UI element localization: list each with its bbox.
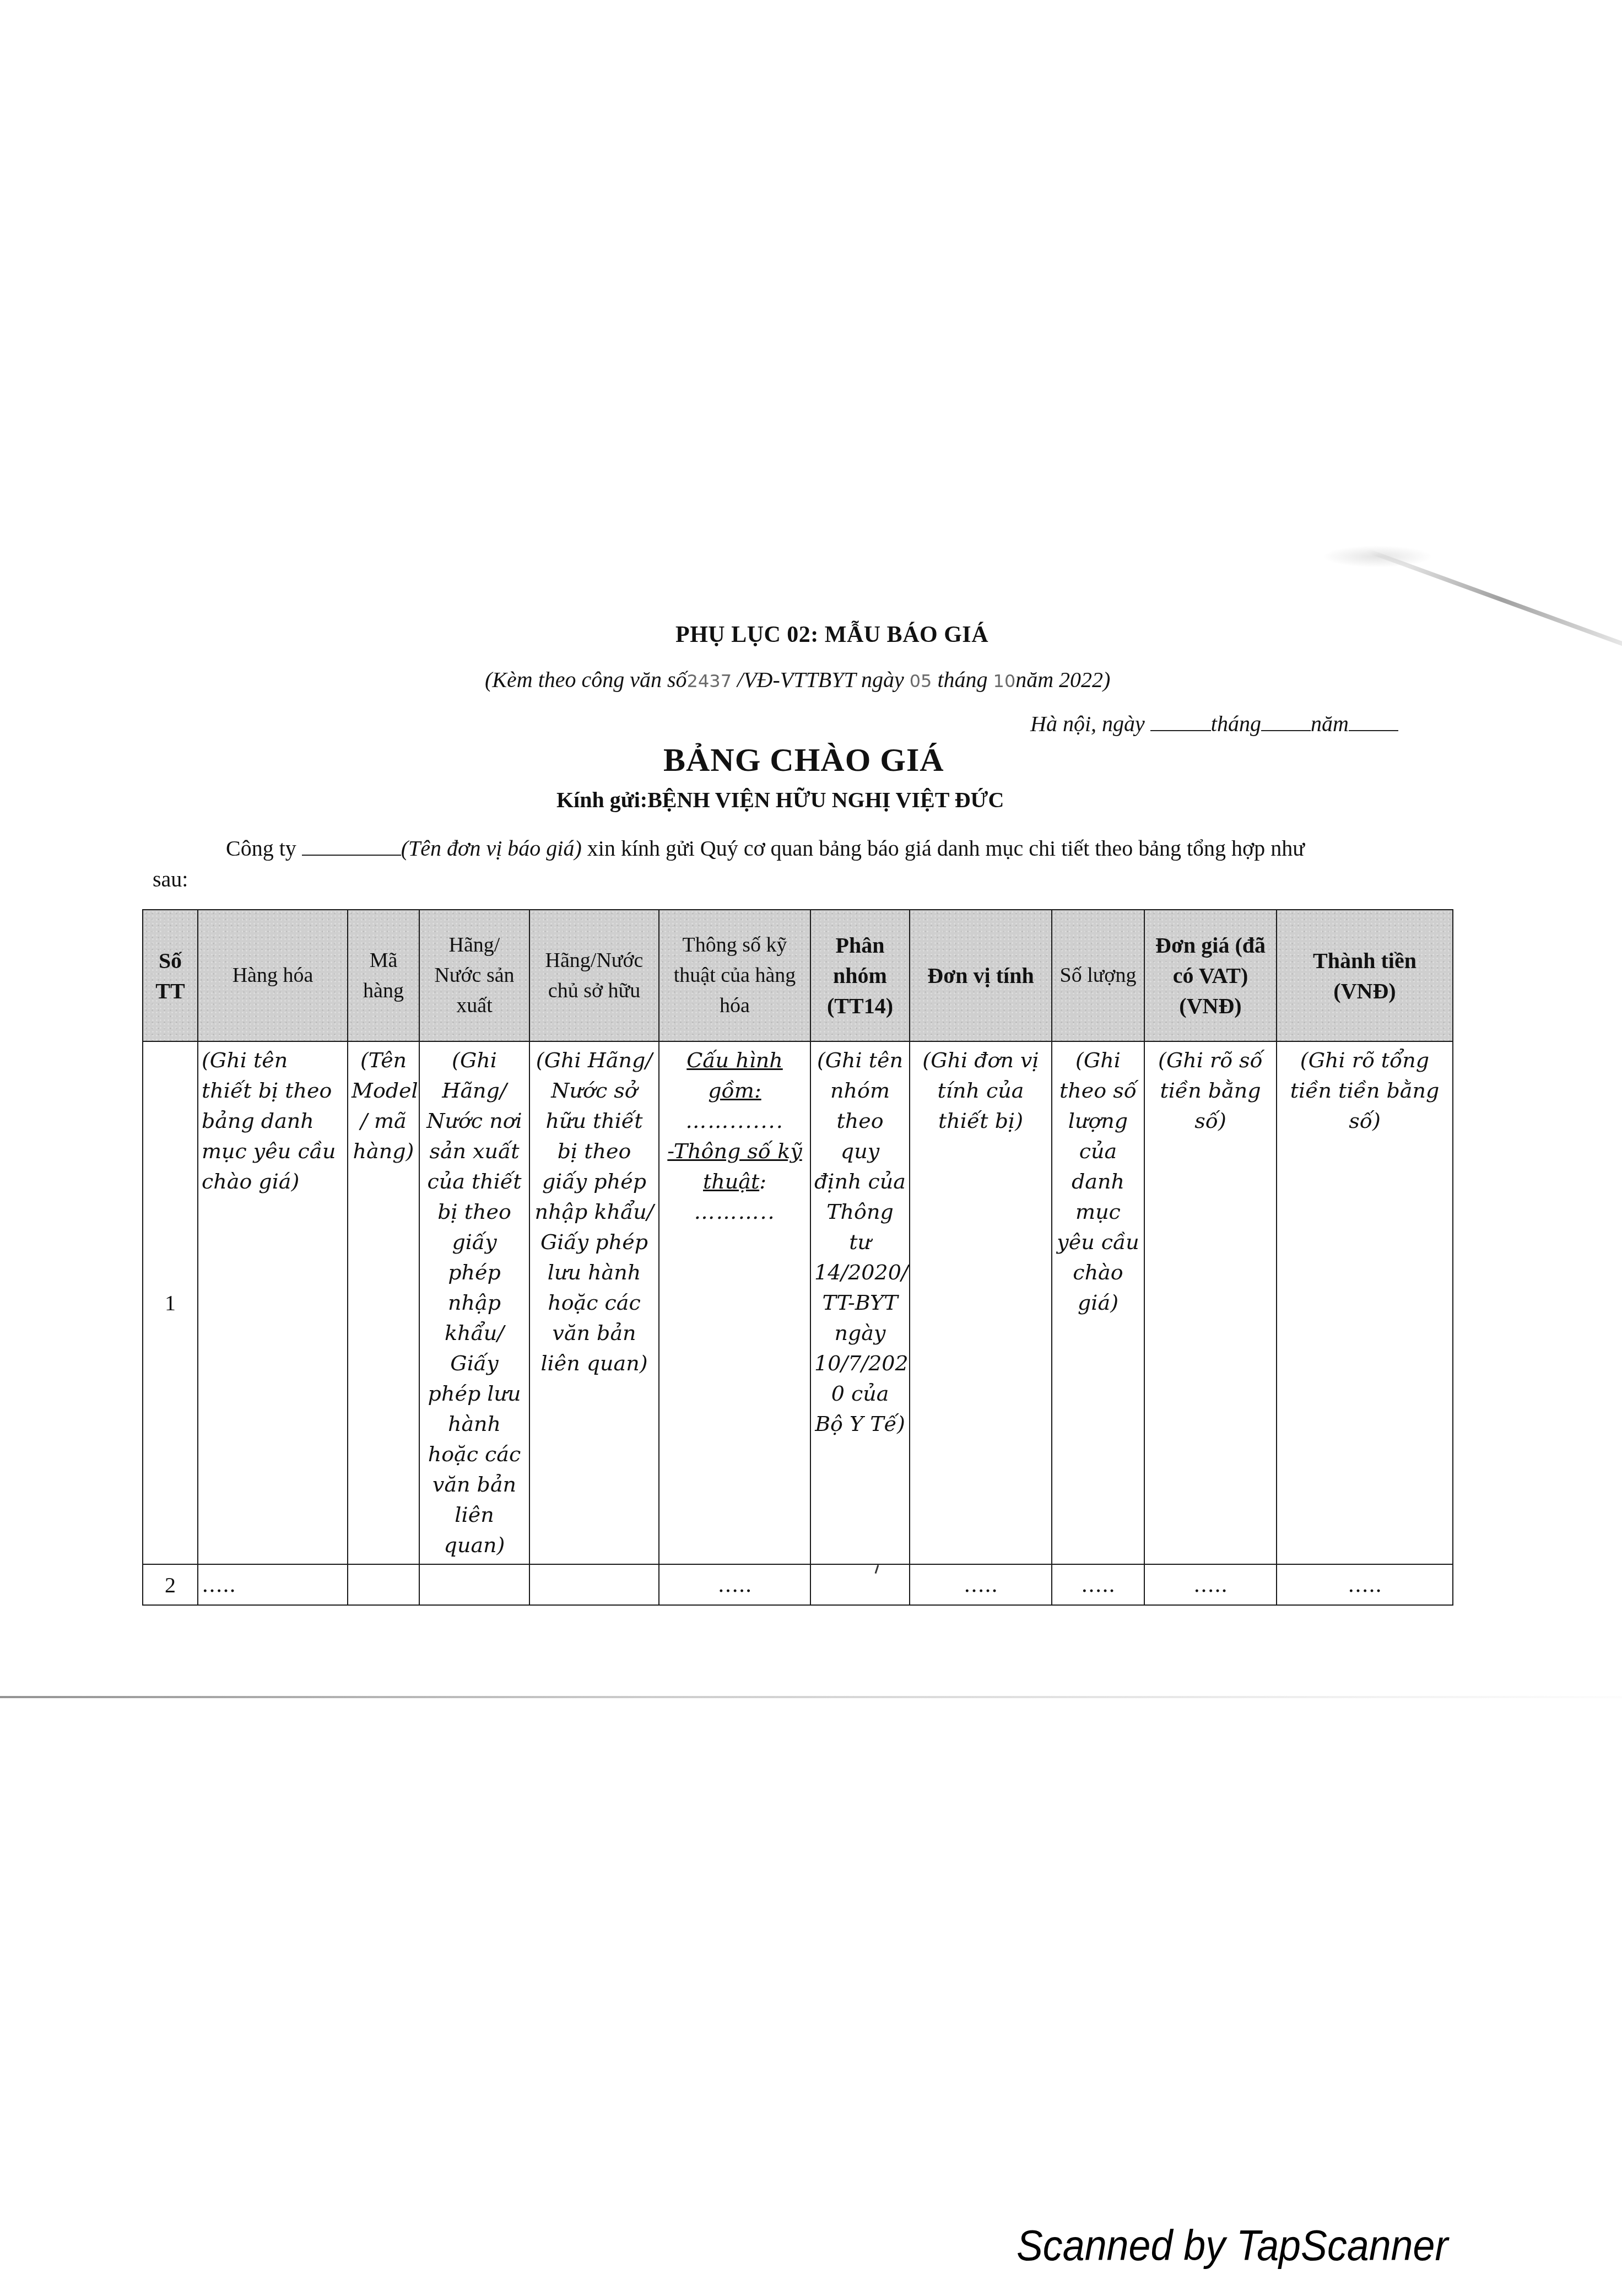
table-row: 1 (Ghi tên thiết bị theo bảng danh mục y… bbox=[143, 1041, 1453, 1564]
spec-dots: ……….. bbox=[663, 1197, 807, 1227]
scan-page-edge bbox=[0, 1696, 1622, 1698]
place-date-line: Hà nội, ngày thángnăm bbox=[1030, 711, 1398, 737]
reference-month-label: tháng bbox=[937, 667, 987, 692]
reference-line: (Kèm theo công văn số2437 /VĐ-VTTBYT ngà… bbox=[485, 667, 1110, 693]
header-stt: Số TT bbox=[143, 910, 198, 1041]
cell-so-luong[interactable]: (Ghi theo số lượng của danh mục yêu cầu … bbox=[1052, 1041, 1144, 1564]
scanner-watermark: Scanned by TapScanner bbox=[1017, 2221, 1448, 2271]
intro-continuation: sau: bbox=[153, 864, 1463, 895]
header-so-luong: Số lượng bbox=[1052, 910, 1144, 1041]
config-dots: ……....... bbox=[663, 1106, 807, 1136]
intro-text: xin kính gửi Quý cơ quan bảng báo giá da… bbox=[582, 836, 1305, 861]
cell-thanh-tien[interactable]: (Ghi rõ tổng tiền tiền bằng số) bbox=[1277, 1041, 1453, 1564]
table-row: 2 ….. ….. ….. ….. ….. ….. bbox=[143, 1564, 1453, 1605]
header-phan-nhom: Phân nhóm (TT14) bbox=[810, 910, 910, 1041]
reference-prefix: (Kèm theo công văn số bbox=[485, 667, 687, 692]
year-blank[interactable] bbox=[1349, 714, 1398, 731]
cell-ma-hang[interactable] bbox=[348, 1564, 419, 1605]
cell-hang-nuoc-san-xuat[interactable]: (Ghi Hãng/ Nước nơi sản xuất của thiết b… bbox=[419, 1041, 529, 1564]
cell-thong-so-ky-thuat[interactable]: ….. bbox=[659, 1564, 810, 1605]
header-don-vi-tinh: Đơn vị tính bbox=[910, 910, 1052, 1041]
cell-stt: 2 bbox=[143, 1564, 198, 1605]
cell-hang-nuoc-san-xuat[interactable] bbox=[419, 1564, 529, 1605]
table-header-row: Số TT Hàng hóa Mã hàng Hãng/ Nước sản xu… bbox=[143, 910, 1453, 1041]
header-hang-hoa: Hàng hóa bbox=[198, 910, 348, 1041]
cell-phan-nhom[interactable] bbox=[810, 1564, 910, 1605]
page-title: BẢNG CHÀO GIÁ bbox=[663, 741, 944, 779]
year-label: năm bbox=[1311, 711, 1349, 736]
header-hang-nuoc-san-xuat: Hãng/ Nước sản xuất bbox=[419, 910, 529, 1041]
header-don-gia: Đơn giá (đã có VAT) (VNĐ) bbox=[1144, 910, 1277, 1041]
header-thanh-tien: Thành tiền (VNĐ) bbox=[1277, 910, 1453, 1041]
cell-ma-hang[interactable]: (Tên Model / mã hàng) bbox=[348, 1041, 419, 1564]
appendix-title: PHỤ LỤC 02: MẪU BÁO GIÁ bbox=[675, 622, 988, 648]
spec-label-cont: thuật bbox=[703, 1169, 759, 1193]
cell-hang-hoa[interactable]: (Ghi tên thiết bị theo bảng danh mục yêu… bbox=[198, 1041, 348, 1564]
company-name-blank[interactable] bbox=[302, 855, 401, 856]
header-hang-nuoc-chu-so-huu: Hãng/Nước chủ sở hữu bbox=[529, 910, 659, 1041]
month-blank[interactable] bbox=[1261, 714, 1311, 731]
spec-colon: : bbox=[759, 1169, 766, 1193]
handwritten-month: 10 bbox=[993, 671, 1016, 691]
cell-stt: 1 bbox=[143, 1041, 198, 1564]
cell-thanh-tien[interactable]: ….. bbox=[1277, 1564, 1453, 1605]
cell-don-gia[interactable]: (Ghi rõ số tiền bằng số) bbox=[1144, 1041, 1277, 1564]
config-label: Cấu hình gồm: bbox=[686, 1048, 783, 1103]
reference-suffix: năm 2022) bbox=[1015, 667, 1110, 692]
cell-hang-nuoc-chu-so-huu[interactable] bbox=[529, 1564, 659, 1605]
quotation-table: Số TT Hàng hóa Mã hàng Hãng/ Nước sản xu… bbox=[142, 909, 1453, 1606]
company-note: (Tên đơn vị báo giá) bbox=[401, 836, 582, 861]
cell-don-vi-tinh[interactable]: ….. bbox=[910, 1564, 1052, 1605]
handwritten-doc-number: 2437 bbox=[687, 671, 732, 691]
day-blank[interactable] bbox=[1150, 714, 1211, 731]
cell-thong-so-ky-thuat[interactable]: Cấu hình gồm: ……....... -Thông số kỹ thu… bbox=[659, 1041, 810, 1564]
cell-don-vi-tinh[interactable]: (Ghi đơn vị tính của thiết bị) bbox=[910, 1041, 1052, 1564]
cell-hang-nuoc-chu-so-huu[interactable]: (Ghi Hãng/ Nước sở hữu thiết bị theo giấ… bbox=[529, 1041, 659, 1564]
cell-so-luong[interactable]: ….. bbox=[1052, 1564, 1144, 1605]
month-label: tháng bbox=[1211, 711, 1261, 736]
handwritten-day: 05 bbox=[910, 671, 932, 691]
cell-hang-hoa[interactable]: ….. bbox=[198, 1564, 348, 1605]
header-ma-hang: Mã hàng bbox=[348, 910, 419, 1041]
place-label: Hà nội, ngày bbox=[1030, 711, 1145, 736]
spec-label: -Thông số kỹ bbox=[667, 1139, 802, 1163]
recipient-line: Kính gửi:BỆNH VIỆN HỮU NGHỊ VIỆT ĐỨC bbox=[556, 787, 1004, 813]
cell-phan-nhom[interactable]: (Ghi tên nhóm theo quy định của Thông tư… bbox=[810, 1041, 910, 1564]
header-thong-so-ky-thuat: Thông số kỹ thuật của hàng hóa bbox=[659, 910, 810, 1041]
reference-middle: /VĐ-VTTBYT ngày bbox=[737, 667, 904, 692]
cell-don-gia[interactable]: ….. bbox=[1144, 1564, 1277, 1605]
intro-paragraph: Công ty (Tên đơn vị báo giá) xin kính gử… bbox=[157, 833, 1463, 895]
company-label: Công ty bbox=[226, 836, 296, 861]
scan-fold-line bbox=[1366, 548, 1622, 650]
